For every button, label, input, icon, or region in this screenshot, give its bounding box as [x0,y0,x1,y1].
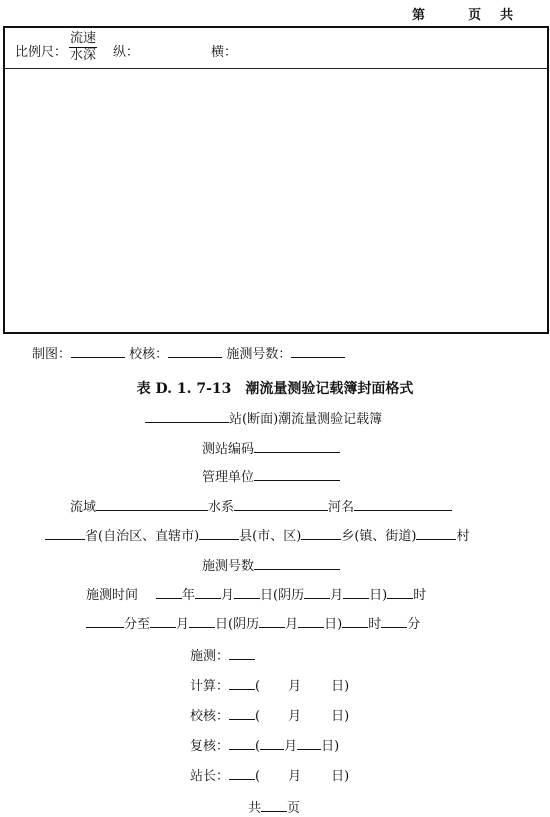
plot-area [5,70,547,332]
vertical-scale-label: 纵： [113,41,139,60]
paren-open: ( [255,709,260,724]
cover-line-survey-time-end: 分至月日(阴历月日)时分 [86,613,420,632]
county-field[interactable] [199,526,239,540]
province-label: 省(自治区、直辖市) [85,529,199,544]
water-system-field[interactable] [234,497,328,511]
lunar-month2-label: 月 [285,617,298,632]
scale-row: 比例尺： 流速 水深 纵： 横： [5,28,547,69]
basin-field[interactable] [96,497,208,511]
table-title: 表 D. 1. 7-13 潮流量测验记载簿封面格式 [0,378,550,398]
minute2-field[interactable] [381,614,407,628]
lunar-day2-field[interactable] [298,614,324,628]
lunar-month-label: 月 [330,588,343,603]
scale-label: 比例尺： [15,41,67,60]
page-di: 第 [412,4,425,23]
lunar-day-field[interactable] [343,585,369,599]
management-unit-label: 管理单位 [202,470,254,485]
paren-open: ( [255,679,260,694]
month-label: 月 [288,769,301,784]
sign-row: 制图： 校核： 施测号数： [32,343,345,362]
recheck-day-field[interactable] [297,736,321,750]
scale-numerator: 流速 [69,31,97,48]
month-label: 月 [288,709,301,724]
lunar-day2-label: 日) [324,617,342,632]
day-close-label: 日) [331,769,349,784]
village-field[interactable] [416,526,456,540]
cover-line-computed-by: 计算：(月日) [190,675,349,694]
station-chief-field[interactable] [229,766,255,780]
village-label: 村 [456,529,469,544]
management-unit-field[interactable] [254,467,340,481]
day2-lunar-label: 日(阴历 [215,617,259,632]
cover-line-total-pages: 共页 [248,797,300,816]
month2-label: 月 [176,617,189,632]
county-label: 县(市、区) [239,529,301,544]
water-system-label: 水系 [208,500,234,515]
rechecked-by-field[interactable] [229,736,255,750]
survey-time-label: 施测时间 [86,588,138,603]
survey-number-label: 施测号数 [202,559,254,574]
hour-label: 时 [413,588,426,603]
recheck-month-field[interactable] [260,736,284,750]
check-field[interactable] [168,344,222,358]
scale-fraction: 流速 水深 [69,31,97,64]
drawing-label: 制图： [32,347,71,362]
month-label: 月 [284,739,297,754]
township-field[interactable] [301,526,341,540]
horizontal-scale-label: 横： [211,41,237,60]
check-label: 校核： [129,347,168,362]
cover-line-station: 站(断面)潮流量测验记载簿 [145,408,382,427]
pages-label: 页 [287,801,300,816]
day-field[interactable] [234,585,260,599]
computed-by-field[interactable] [229,676,255,690]
cover-line-checked-by: 校核：(月日) [190,705,349,724]
cover-line-basin: 流域水系河名 [70,496,452,515]
river-name-field[interactable] [354,497,452,511]
basin-label: 流域 [70,500,96,515]
hour-field[interactable] [387,585,413,599]
day2-field[interactable] [189,614,215,628]
station-code-label: 测站编码 [202,442,254,457]
rechecked-by-label: 复核： [190,739,229,754]
lunar-month2-field[interactable] [259,614,285,628]
day-close-label: 日) [331,709,349,724]
chart-box: 比例尺： 流速 水深 纵： 横： [3,26,549,334]
survey-number-label: 施测号数： [226,347,291,362]
survey-number-field[interactable] [254,556,340,570]
river-name-label: 河名 [328,500,354,515]
cover-line-station-code: 测站编码 [202,438,340,457]
station-name-field[interactable] [145,409,229,423]
checked-by-field[interactable] [229,706,255,720]
cover-line-management-unit: 管理单位 [202,466,340,485]
station-code-field[interactable] [254,439,340,453]
paren-open: ( [255,769,260,784]
surveyed-by-label: 施测： [190,649,229,664]
month-label: 月 [288,679,301,694]
lunar-month-field[interactable] [304,585,330,599]
scale-denominator: 水深 [69,48,97,64]
month2-field[interactable] [150,614,176,628]
total-pages-field[interactable] [261,798,287,812]
cover-line-survey-number: 施测号数 [202,555,340,574]
cover-line-survey-time: 施测时间年月日(阴历月日)时 [86,584,426,603]
hour2-field[interactable] [342,614,368,628]
lunar-day-label: 日) [369,588,387,603]
township-label: 乡(镇、街道) [341,529,416,544]
year-field[interactable] [156,585,182,599]
survey-number-field[interactable] [291,344,345,358]
day-lunar-label: 日(阴历 [260,588,304,603]
page-gong: 共 [500,4,513,23]
cover-title-suffix: 站(断面)潮流量测验记载簿 [229,412,382,427]
year-label: 年 [182,588,195,603]
station-chief-label: 站长： [190,769,229,784]
page-ye: 页 [468,4,481,23]
drawing-field[interactable] [71,344,125,358]
day-close-label: 日) [331,679,349,694]
minute2-label: 分 [407,617,420,632]
page-header: 第 页 共 页 [412,4,550,23]
checked-by-label: 校核： [190,709,229,724]
cover-line-surveyed-by: 施测： [190,645,255,664]
hour2-label: 时 [368,617,381,632]
day-close-label: 日) [321,739,339,754]
cover-line-location: 省(自治区、直辖市)县(市、区)乡(镇、街道)村 [45,525,469,544]
cover-line-station-chief: 站长：(月日) [190,765,349,784]
month-label: 月 [221,588,234,603]
surveyed-by-field[interactable] [229,646,255,660]
total-label: 共 [248,801,261,816]
month-field[interactable] [195,585,221,599]
province-field[interactable] [45,526,85,540]
computed-by-label: 计算： [190,679,229,694]
cover-line-rechecked-by: 复核：(月日) [190,735,339,754]
minute-field[interactable] [86,614,124,628]
minute-to-label: 分至 [124,617,150,632]
